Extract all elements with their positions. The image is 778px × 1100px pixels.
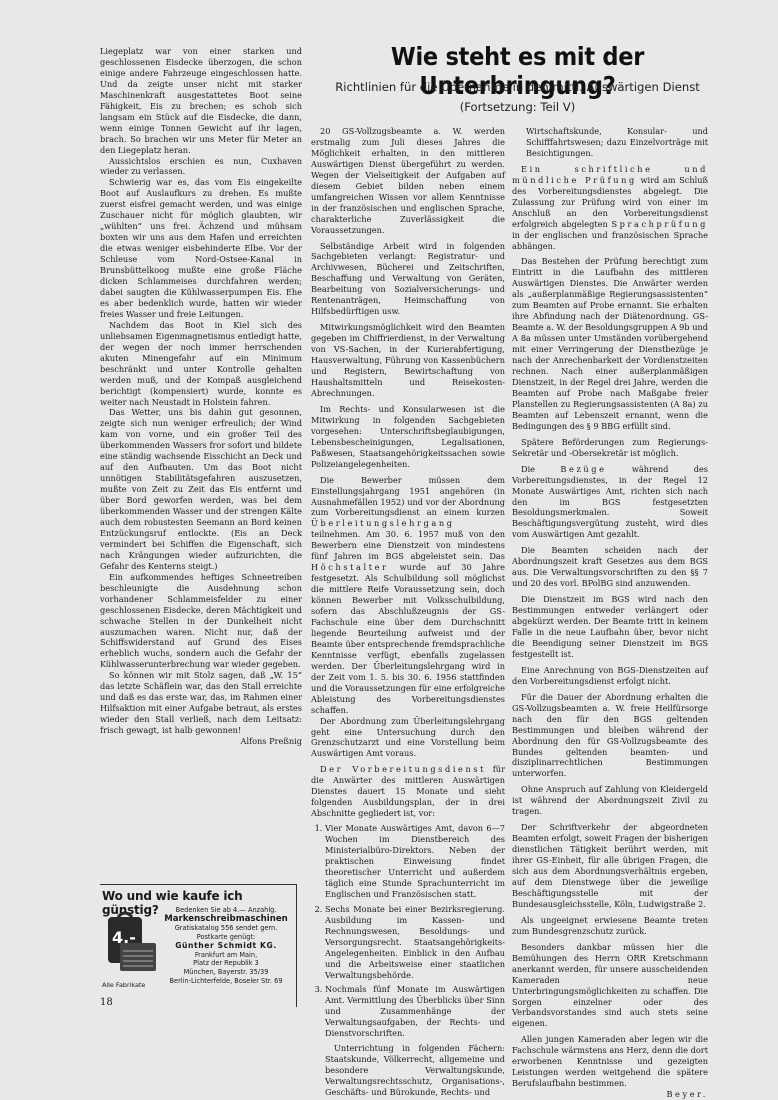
svg-text:4.-: 4.- <box>112 928 136 947</box>
emphasis-spaced: Höchstalter <box>311 562 389 572</box>
emphasis-spaced: Sprachprüfung <box>611 219 708 229</box>
emphasis-spaced: Bezüge <box>560 464 606 474</box>
list-item: Nochmals fünf Monate im Auswärtigen Amt.… <box>325 984 505 1039</box>
ad-address: Frankfurt am Main, <box>156 951 296 960</box>
article-right-column: Wirtschaftskunde, Konsular- und Schifffa… <box>512 126 708 1100</box>
article-paragraph: Als ungeeignet erwiesene Beamte treten z… <box>512 915 708 937</box>
ad-footnote: Alle Fabrikate <box>102 981 145 989</box>
article-paragraph: Spätere Beförderungen zum Regierungs-Sek… <box>512 437 708 459</box>
article-paragraph: Im Rechts- und Konsularwesen ist die Mit… <box>311 404 505 470</box>
ad-address: Platz der Republik 3 <box>156 959 296 968</box>
ad-company: Günther Schmidt KG. <box>156 942 296 951</box>
story-paragraph: So können wir mit Stolz sagen, daß „W. 1… <box>100 670 302 736</box>
article-subtitle-block: Richtlinien für die Übernahme in den mit… <box>305 77 730 117</box>
typewriter-case-icon: 4.- <box>106 907 158 979</box>
article-paragraph: Die Bezüge während des Vorbereitungsdien… <box>512 464 708 541</box>
article-paragraph: Selbständige Arbeit wird in folgenden Sa… <box>311 241 505 318</box>
article-paragraph: Ein schriftliche und mündliche Prüfung w… <box>512 164 708 252</box>
ad-address: München, Bayerstr. 35/39 <box>156 968 296 977</box>
article-paragraph: Die Dienstzeit im BGS wird nach den Best… <box>512 594 708 660</box>
story-paragraph: Liegeplatz war von einer starken und ges… <box>100 46 302 156</box>
story-paragraph: Ein aufkommendes heftiges Schneetreiben … <box>100 572 302 671</box>
story-paragraph: Nachdem das Boot in Kiel sich des unlieb… <box>100 320 302 408</box>
text-run: Die <box>521 464 535 474</box>
article-paragraph: Der Schriftverkehr der abgeordneten Beam… <box>512 822 708 910</box>
training-plan-list: Vier Monate Auswärtiges Amt, davon 6—7 W… <box>311 823 505 1039</box>
article-author: Beyer. <box>512 1089 708 1100</box>
story-paragraph: Das Wetter, uns bis dahin gut gesonnen, … <box>100 407 302 571</box>
article-continuation: (Fortsetzung: Teil V) <box>305 97 730 117</box>
article-subtitle: Richtlinien für die Übernahme in den mit… <box>305 77 730 97</box>
story-paragraph: Aussichtslos erschien es nun, Cuxhaven w… <box>100 156 302 178</box>
article-paragraph: Die Beamten scheiden nach der Abordnungs… <box>512 545 708 589</box>
article-middle-column: 20 GS-Vollzugsbeamte a. W. werden erstma… <box>311 126 505 1098</box>
newspaper-page: Liegeplatz war von einer starken und ges… <box>0 0 778 1100</box>
story-author: Alfons Preßnig <box>100 736 302 747</box>
list-item: Vier Monate Auswärtiges Amt, davon 6—7 W… <box>325 823 505 900</box>
article-paragraph: Ohne Anspruch auf Zahlung von Kleidergel… <box>512 784 708 817</box>
ad-address: Berlin-Lichterfelde, Boseler Str. 69 <box>156 977 296 986</box>
article-paragraph: Unterrichtung in folgenden Fächern: Staa… <box>311 1043 505 1098</box>
text-run: teilnehmen. Am 30. 6. 1957 muß von den B… <box>311 529 505 561</box>
article-paragraph: Das Bestehen der Prüfung berechtigt zum … <box>512 256 708 431</box>
article-paragraph: Der Abordnung zum Überleitungslehrgang g… <box>311 716 505 760</box>
article-paragraph: Besonders dankbar müssen hier die Bemühu… <box>512 942 708 1030</box>
article-paragraph: Eine Anrechnung von BGS-Dienstzeiten auf… <box>512 665 708 687</box>
article-paragraph: Mitwirkungsmöglichkeit wird den Beamten … <box>311 322 505 399</box>
text-run: Die Bewerber müssen dem Einstellungsjahr… <box>311 475 505 518</box>
article-paragraph: Für die Dauer der Abordnung erhalten die… <box>512 692 708 780</box>
typewriter-advertisement: Wo und wie kaufe ich günstig? 4.- Bedenk… <box>100 884 297 1007</box>
article-paragraph: Allen jungen Kameraden aber legen wir di… <box>512 1034 708 1089</box>
article-paragraph: Der Vorbereitungsdienst für die Anwärter… <box>311 764 505 819</box>
story-paragraph: Schwierig war es, das vom Eis eingekeilt… <box>100 177 302 319</box>
ad-line: Gratiskatalog 556 sendet gern. <box>156 924 296 933</box>
text-run: wurde auf 30 Jahre festgesetzt. Als Schu… <box>311 562 505 714</box>
emphasis-spaced: Der Vorbereitungsdienst <box>320 764 486 774</box>
article-paragraph: Wirtschaftskunde, Konsular- und Schifffa… <box>512 126 708 159</box>
text-run: in der englischen und französischen Spra… <box>512 230 708 251</box>
ad-text: Bedenken Sie ab 4.— Anzahlg. Markenschre… <box>156 906 296 986</box>
article-paragraph: 20 GS-Vollzugsbeamte a. W. werden erstma… <box>311 126 505 236</box>
article-paragraph: Die Bewerber müssen dem Einstellungsjahr… <box>311 475 505 716</box>
emphasis-spaced: Überleitungslehrgang <box>311 518 455 528</box>
list-item: Sechs Monate bei einer Bezirksregierung.… <box>325 904 505 981</box>
left-column-story: Liegeplatz war von einer starken und ges… <box>100 46 302 747</box>
page-number: 18 <box>100 997 113 1008</box>
text-run: während des Vorbereitungsdienstes, in de… <box>512 464 708 540</box>
ad-brand: Markenschreibmaschinen <box>156 915 296 924</box>
